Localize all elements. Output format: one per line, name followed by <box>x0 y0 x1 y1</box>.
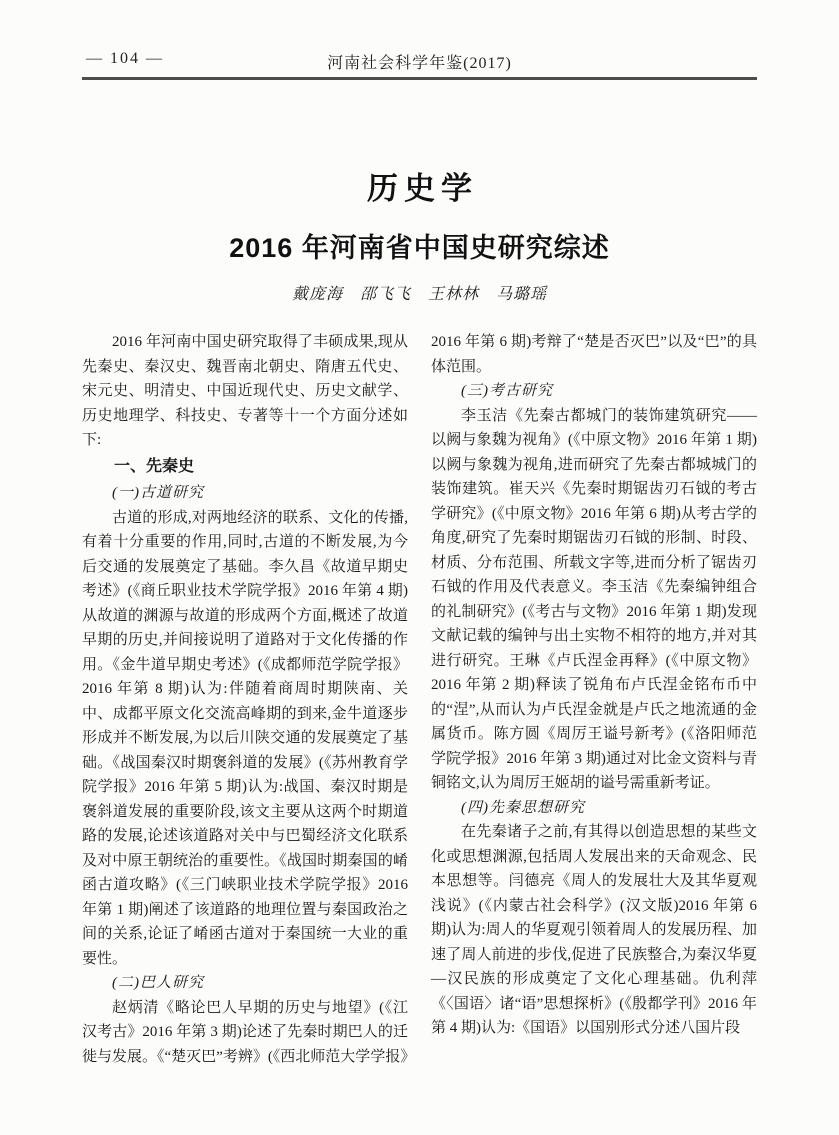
subsection-heading: (二)巴人研究 <box>82 971 408 996</box>
paragraph: 李玉洁《先秦古都城门的装饰建筑研究——以阙与象魏为视角》(《中原文物》2016 … <box>431 404 757 796</box>
article-title: 2016 年河南省中国史研究综述 <box>0 226 839 265</box>
document-page: — 104 — 河南社会科学年鉴(2017) 历史学 2016 年河南省中国史研… <box>0 0 839 1135</box>
paragraph: 赵炳清《略论巴人早期的历史与地望》(《江汉考古》2016 年第 3 期)论述了先… <box>82 996 408 1070</box>
paragraph: 在先秦诸子之前,有其得以创造思想的某些文化或思想渊源,包括周人发展出来的天命观念… <box>431 820 757 1041</box>
header-rule-divider <box>82 77 757 80</box>
paragraph: 古道的形成,对两地经济的联系、文化的传播,有着十分重要的作用,同时,古道的不断发… <box>82 506 408 972</box>
authors-line: 戴庞海 邵飞飞 王林林 马璐瑶 <box>0 281 839 304</box>
journal-title: 河南社会科学年鉴(2017) <box>82 50 757 73</box>
section-heading: 一、先秦史 <box>82 455 408 480</box>
page-header: — 104 — 河南社会科学年鉴(2017) <box>82 50 757 72</box>
section-title: 历史学 <box>0 163 839 208</box>
subsection-heading: (一)古道研究 <box>82 481 408 506</box>
left-column: 2016 年河南中国史研究取得了丰硕成果,现从先秦史、秦汉史、魏晋南北朝史、隋唐… <box>82 330 408 1069</box>
subsection-heading: (三)考古研究 <box>431 379 757 404</box>
paragraph-continuation: 2016 年第 6 期)考辩了“楚是否灭巴”以及“巴”的具体范围。 <box>431 330 757 379</box>
subsection-heading: (四)先秦思想研究 <box>431 796 757 821</box>
paragraph: 2016 年河南中国史研究取得了丰硕成果,现从先秦史、秦汉史、魏晋南北朝史、隋唐… <box>82 330 408 453</box>
right-column: 2016 年第 6 期)考辩了“楚是否灭巴”以及“巴”的具体范围。 (三)考古研… <box>431 330 757 1041</box>
